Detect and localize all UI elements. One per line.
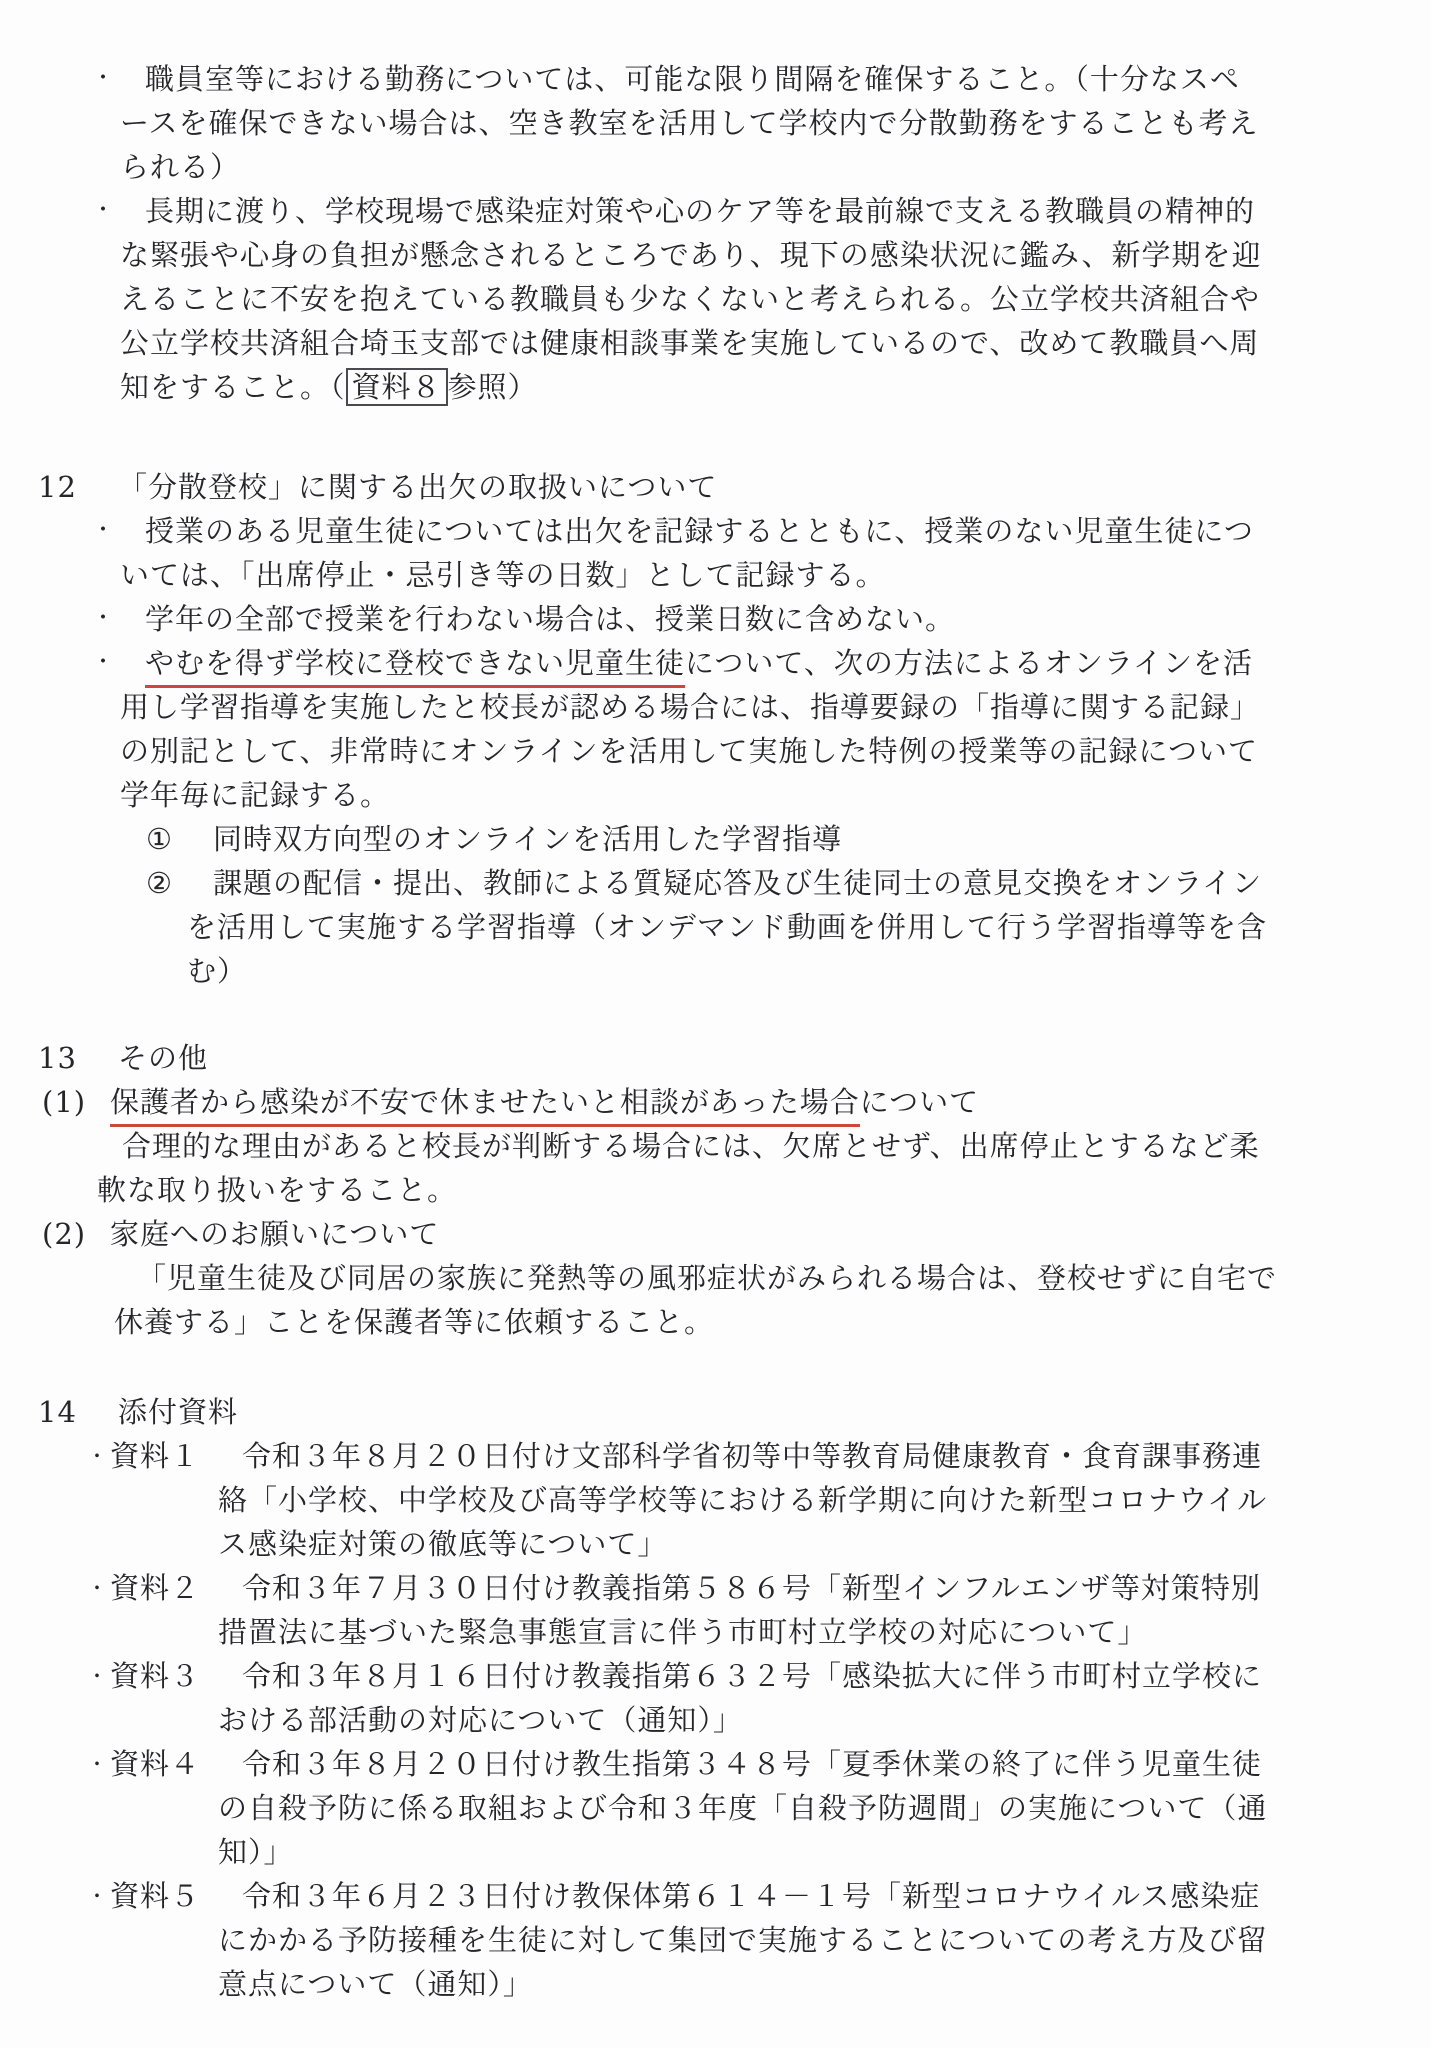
section-title: 「分散登校」に関する出欠の取扱いについて	[0, 465, 1431, 509]
text-segment: について	[860, 1085, 979, 1119]
section-13: 13 その他 (1) 保護者から感染が不安で休ませたいと相談があった場合について…	[0, 1036, 1431, 1344]
section-heading: 12 「分散登校」に関する出欠の取扱いについて	[0, 465, 1431, 509]
text-line: 授業のある児童生徒については出欠を記録するとともに、授業のない児童生徒につ	[0, 509, 1431, 553]
section-12: 12 「分散登校」に関する出欠の取扱いについて ・ 授業のある児童生徒については…	[0, 465, 1431, 993]
numbered-sub-item: ② 課題の配信・提出、教師による質疑応答及び生徒同士の意見交換をオンライン を活…	[0, 861, 1431, 993]
attachment-item: ・ 資料５ 令和３年６月２３日付け教保体第６１４－１号「新型コロナウイルス感染症…	[0, 1874, 1431, 2006]
section-heading: 14 添付資料	[0, 1390, 1431, 1434]
text-line: 用し学習指導を実施したと校長が認める場合には、指導要録の「指導に関する記録」	[0, 685, 1431, 729]
text-line: 措置法に基づいた緊急事態宣言に伴う市町村立学校の対応について」	[0, 1610, 1431, 1654]
parenthesized-number-marker: (1)	[42, 1080, 86, 1124]
text-line: 学年の全部で授業を行わない場合は、授業日数に含めない。	[0, 597, 1431, 641]
numbered-sub-item: ① 同時双方向型のオンラインを活用した学習指導	[0, 817, 1431, 861]
section-number: 13	[38, 1036, 77, 1080]
text-line: 令和３年８月２０日付け文部科学省初等中等教育局健康教育・食育課事務連	[0, 1434, 1431, 1478]
bullet-marker: ・	[87, 1654, 108, 1698]
text-line: の別記として、非常時にオンラインを活用して実施した特例の授業等の記録について	[0, 729, 1431, 773]
text-line: 令和３年７月３０日付け教義指第５８６号「新型インフルエンザ等対策特別	[0, 1566, 1431, 1610]
attachment-label: 資料３	[110, 1654, 200, 1698]
text-line: いては、「出席停止・忌引き等の日数」として記録する。	[0, 553, 1431, 597]
text-line: 合理的な理由があると校長が判断する場合には、欠席とせず、出席停止とするなど柔	[0, 1124, 1431, 1168]
attachment-item: ・ 資料３ 令和３年８月１６日付け教義指第６３２号「感染拡大に伴う市町村立学校に…	[0, 1654, 1431, 1742]
text-line: 知）」	[0, 1830, 1431, 1874]
text-line-with-reference: 知をすること。（資料８参照）	[0, 365, 1431, 409]
text-segment: 知をすること。（	[120, 370, 346, 404]
parenthesized-number-marker: (2)	[42, 1212, 86, 1256]
text-line: 令和３年８月２０日付け教生指第３４８号「夏季休業の終了に伴う児童生徒	[0, 1742, 1431, 1786]
attachment-label: 資料２	[110, 1566, 200, 1610]
attachment-item: ・ 資料２ 令和３年７月３０日付け教義指第５８６号「新型インフルエンザ等対策特別…	[0, 1566, 1431, 1654]
attachment-item: ・ 資料４ 令和３年８月２０日付け教生指第３４８号「夏季休業の終了に伴う児童生徒…	[0, 1742, 1431, 1874]
text-line: 絡「小学校、中学校及び高等学校等における新学期に向けた新型コロナウイル	[0, 1478, 1431, 1522]
text-line: 休養する」ことを保護者等に依頼すること。	[0, 1300, 1431, 1344]
text-line: 公立学校共済組合埼玉支部では健康相談事業を実施しているので、改めて教職員へ周	[0, 321, 1431, 365]
bullet-marker: ・	[87, 1566, 108, 1610]
text-line: 意点について（通知）」	[0, 1962, 1431, 2006]
attachment-label: 資料１	[110, 1434, 200, 1478]
text-line: 令和３年８月１６日付け教義指第６３２号「感染拡大に伴う市町村立学校に	[0, 1654, 1431, 1698]
section-title: 添付資料	[0, 1390, 1431, 1434]
section-number: 14	[38, 1390, 77, 1434]
bullet-marker: ・	[92, 509, 115, 553]
sub-section-item: (2) 家庭へのお願いについて 「児童生徒及び同居の家族に発熱等の風邪症状がみら…	[0, 1212, 1431, 1344]
text-line: えることに不安を抱えている教職員も少なくないと考えられる。公立学校共済組合や	[0, 277, 1431, 321]
text-segment: 参照）	[448, 370, 538, 404]
attachment-item: ・ 資料１ 令和３年８月２０日付け文部科学省初等中等教育局健康教育・食育課事務連…	[0, 1434, 1431, 1566]
red-underlined-text: 保護者から感染が不安で休ませたいと相談があった場合	[110, 1085, 860, 1127]
attachment-label: 資料５	[110, 1874, 200, 1918]
bullet-marker: ・	[87, 1874, 108, 1918]
bullet-marker: ・	[92, 641, 115, 685]
text-line: にかかる予防接種を生徒に対して集団で実施することについての考え方及び留	[0, 1918, 1431, 1962]
bullet-marker: ・	[92, 189, 115, 233]
bullet-item: ・ 授業のある児童生徒については出欠を記録するとともに、授業のない児童生徒につ …	[0, 509, 1431, 597]
text-line: 令和３年６月２３日付け教保体第６１４－１号「新型コロナウイルス感染症	[0, 1874, 1431, 1918]
bullet-marker: ・	[87, 1434, 108, 1478]
section-number: 12	[38, 465, 77, 509]
red-underlined-text: やむを得ず学校に登校できない児童生徒	[145, 646, 685, 688]
text-line: 学年毎に記録する。	[0, 773, 1431, 817]
text-line: の自殺予防に係る取組および令和３年度「自殺予防週間」の実施について（通	[0, 1786, 1431, 1830]
text-line: 「児童生徒及び同居の家族に発熱等の風邪症状がみられる場合は、登校せずに自宅で	[0, 1256, 1431, 1300]
text-line: おける部活動の対応について（通知）」	[0, 1698, 1431, 1742]
sub-section-heading: 保護者から感染が不安で休ませたいと相談があった場合について	[0, 1080, 1431, 1124]
reference-box: 資料８	[346, 368, 448, 406]
text-segment: について、次の方法によるオンラインを活	[685, 646, 1253, 680]
bullet-item: ・ やむを得ず学校に登校できない児童生徒について、次の方法によるオンラインを活 …	[0, 641, 1431, 817]
text-line: む）	[0, 949, 1431, 993]
text-line: 長期に渡り、学校現場で感染症対策や心のケア等を最前線で支える教職員の精神的	[0, 189, 1431, 233]
circled-number-marker: ①	[146, 817, 173, 861]
bullet-marker: ・	[92, 597, 115, 641]
attachment-label: 資料４	[110, 1742, 200, 1786]
bullet-marker: ・	[87, 1742, 108, 1786]
section-title: その他	[0, 1036, 1431, 1080]
bullet-item: ・ 職員室等における勤務については、可能な限り間隔を確保すること。（十分なスペ …	[0, 57, 1431, 189]
text-line: 職員室等における勤務については、可能な限り間隔を確保すること。（十分なスペ	[0, 57, 1431, 101]
intro-bullets: ・ 職員室等における勤務については、可能な限り間隔を確保すること。（十分なスペ …	[0, 57, 1431, 409]
bullet-marker: ・	[92, 57, 115, 101]
document-page: ・ 職員室等における勤務については、可能な限り間隔を確保すること。（十分なスペ …	[0, 0, 1431, 2006]
section-heading: 13 その他	[0, 1036, 1431, 1080]
text-line: を活用して実施する学習指導（オンデマンド動画を併用して行う学習指導等を含	[0, 905, 1431, 949]
bullet-item: ・ 長期に渡り、学校現場で感染症対策や心のケア等を最前線で支える教職員の精神的 …	[0, 189, 1431, 409]
section-14: 14 添付資料 ・ 資料１ 令和３年８月２０日付け文部科学省初等中等教育局健康教…	[0, 1390, 1431, 2006]
text-line: られる）	[0, 145, 1431, 189]
text-line: 軟な取り扱いをすること。	[0, 1168, 1431, 1212]
text-line: ス感染症対策の徹底等について」	[0, 1522, 1431, 1566]
text-line: 課題の配信・提出、教師による質疑応答及び生徒同士の意見交換をオンライン	[0, 861, 1431, 905]
text-line: な緊張や心身の負担が懸念されるところであり、現下の感染状況に鑑み、新学期を迎	[0, 233, 1431, 277]
sub-section-heading: 家庭へのお願いについて	[0, 1212, 1431, 1256]
text-line-with-underline: やむを得ず学校に登校できない児童生徒について、次の方法によるオンラインを活	[0, 641, 1431, 685]
text-line: 同時双方向型のオンラインを活用した学習指導	[0, 817, 1431, 861]
bullet-item: ・ 学年の全部で授業を行わない場合は、授業日数に含めない。	[0, 597, 1431, 641]
sub-section-item: (1) 保護者から感染が不安で休ませたいと相談があった場合について 合理的な理由…	[0, 1080, 1431, 1212]
text-line: ースを確保できない場合は、空き教室を活用して学校内で分散勤務をすることも考え	[0, 101, 1431, 145]
circled-number-marker: ②	[146, 861, 173, 905]
